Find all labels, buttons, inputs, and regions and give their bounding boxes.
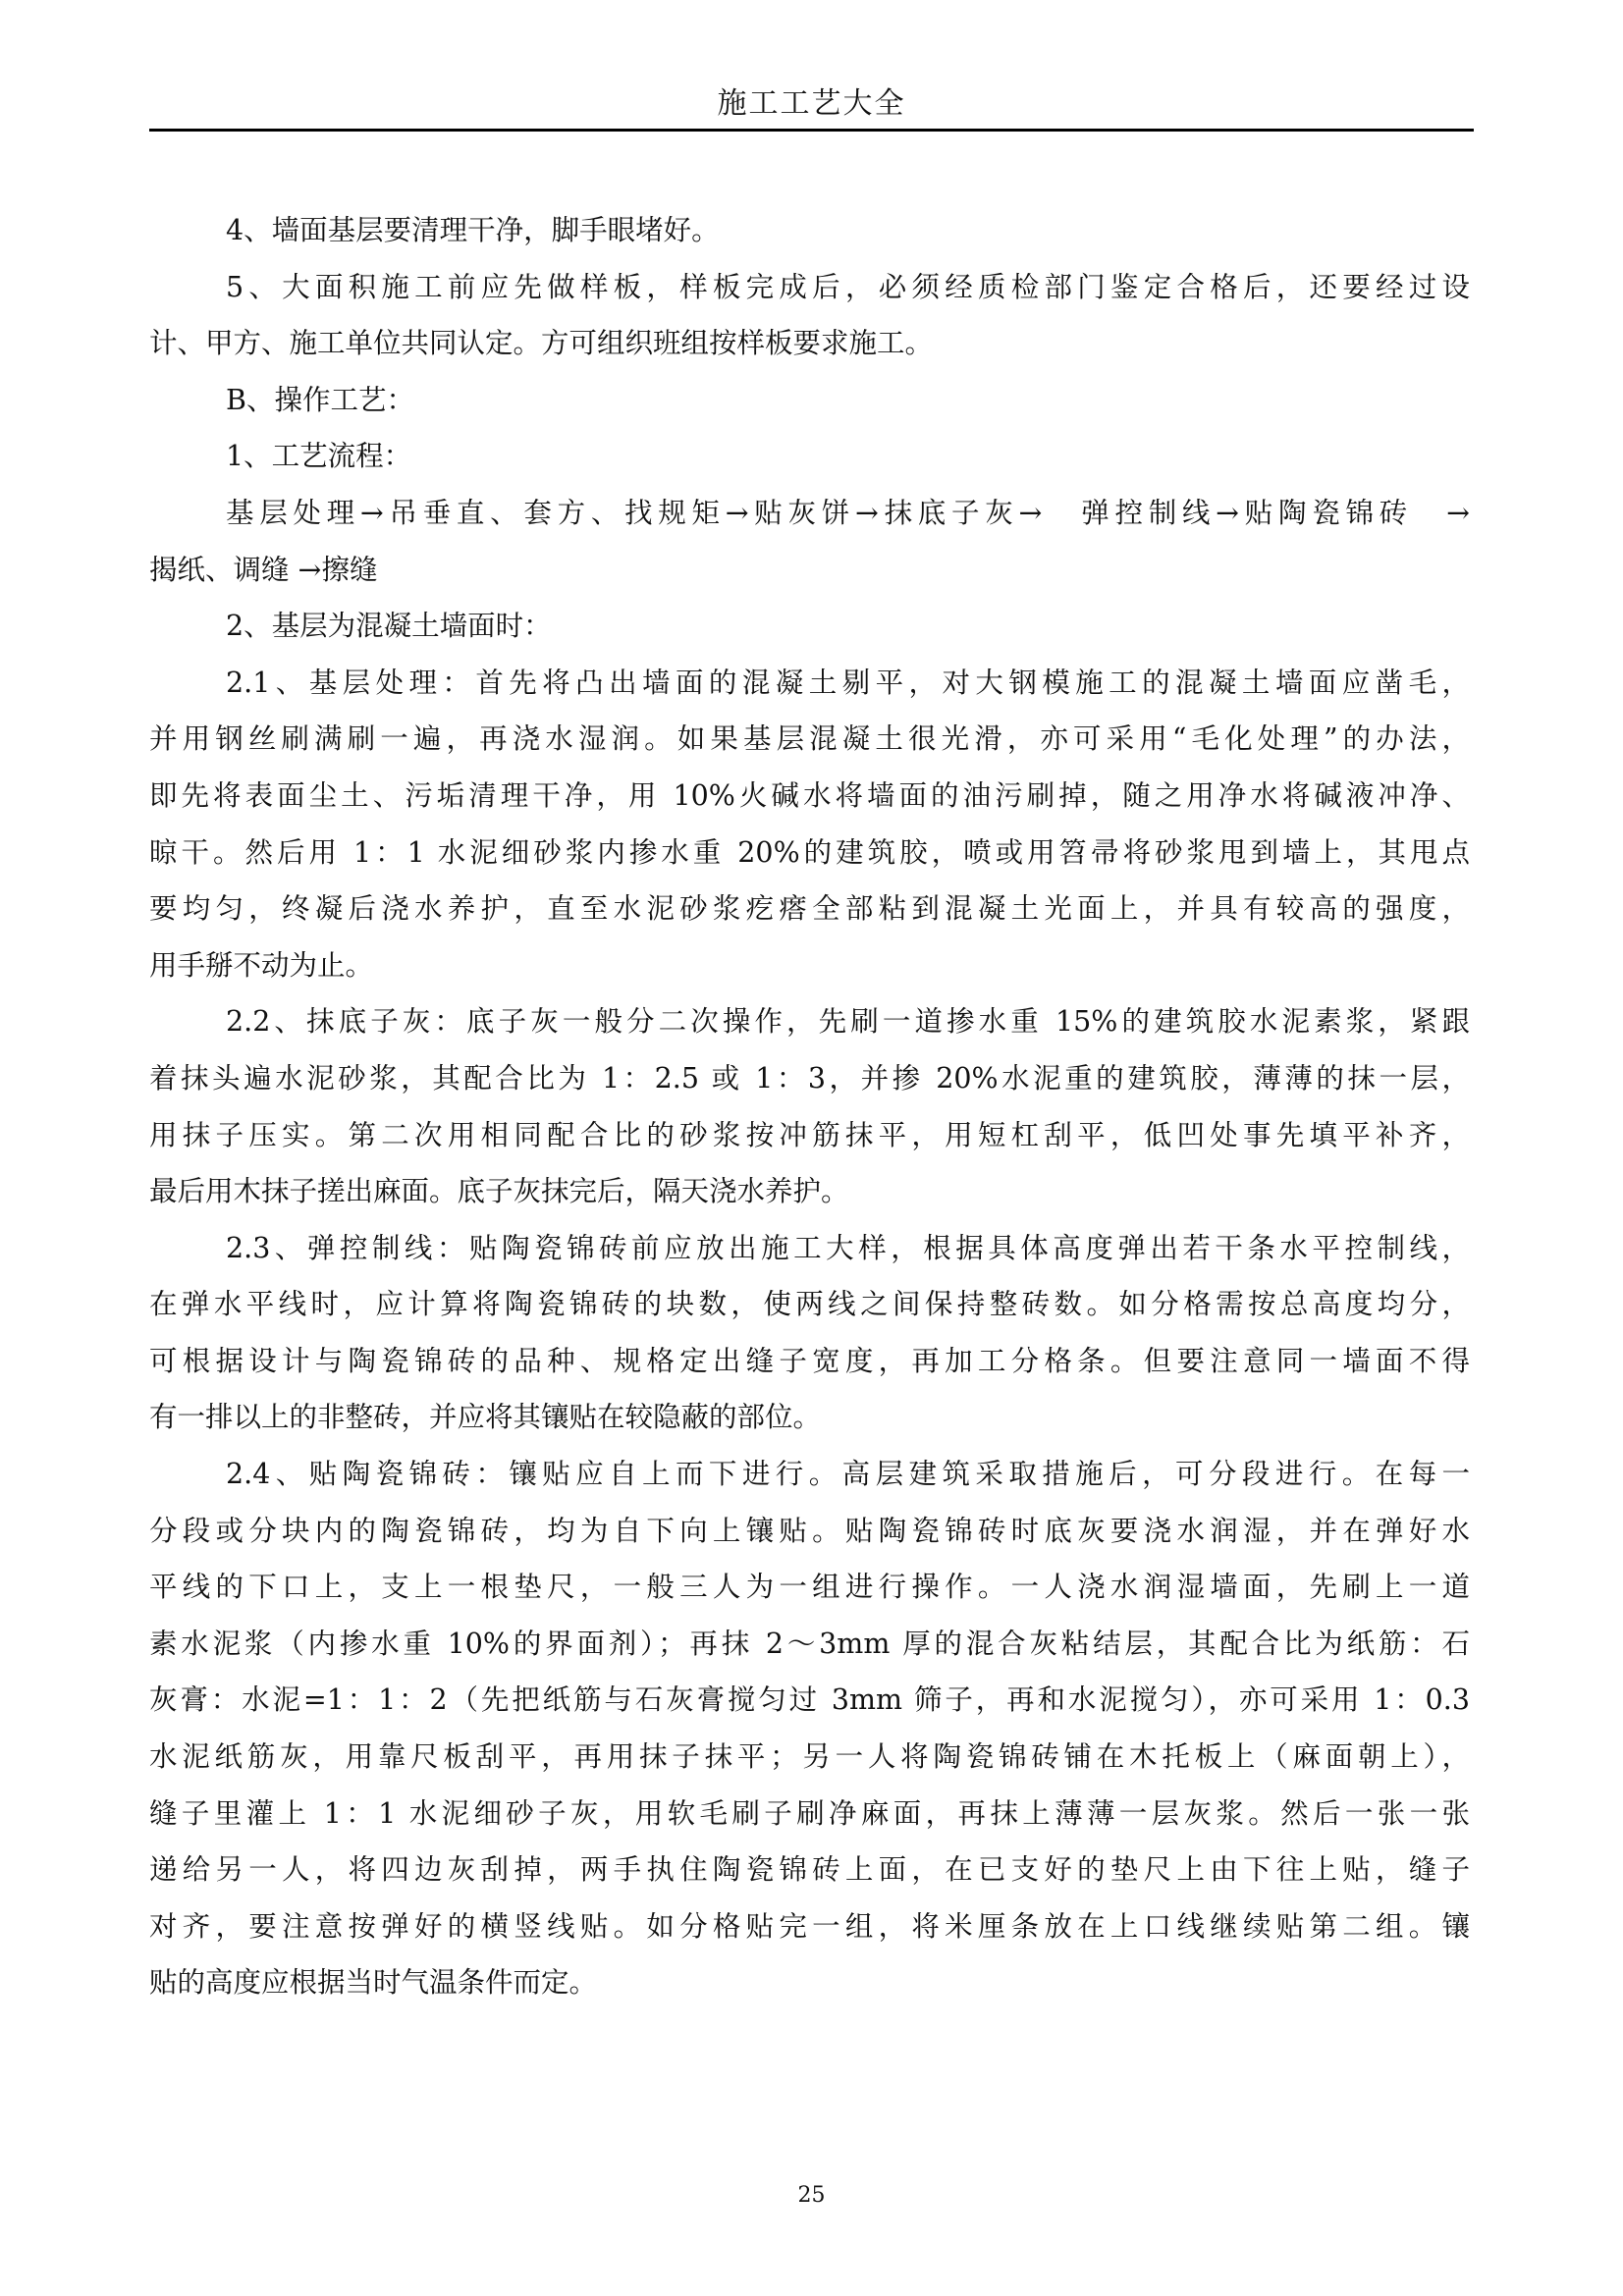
text-line: 要均匀，终凝后浇水养护，直至水泥砂浆疙瘩全部粘到混凝土光面上，并具有较高的强度， (149, 889, 1470, 946)
text-line: 递给另一人，将四边灰刮掉，两手执住陶瓷锦砖上面，在已支好的垫尺上由下往上贴，缝子 (149, 1850, 1470, 1907)
text-line: 5、大面积施工前应先做样板，样板完成后，必须经质检部门鉴定合格后，还要经过设 (149, 268, 1470, 325)
text-line: 基层处理→吊垂直、套方、找规矩→贴灰饼→抹底子灰→ 弹控制线→贴陶瓷锦砖 → (149, 494, 1470, 551)
page-number: 25 (0, 2181, 1623, 2211)
text-line: 并用钢丝刷满刷一遍，再浇水湿润。如果基层混凝土很光滑，亦可采用“毛化处理”的办法… (149, 720, 1470, 776)
text-line: 4、墙面基层要清理干净，脚手眼堵好。 (149, 211, 1470, 268)
text-line: 最后用木抹子搓出麻面。底子灰抹完后，隔天浇水养护。 (149, 1172, 1470, 1229)
running-header-title: 施工工艺大全 (0, 86, 1623, 122)
text-line: 计、甲方、施工单位共同认定。方可组织班组按样板要求施工。 (149, 324, 1470, 381)
text-line: 2.1、基层处理：首先将凸出墙面的混凝土剔平，对大钢模施工的混凝土墙面应凿毛， (149, 664, 1470, 721)
text-line: 贴的高度应根据当时气温条件而定。 (149, 1963, 1470, 2020)
text-line: 平线的下口上，支上一根垫尺，一般三人为一组进行操作。一人浇水润湿墙面，先刷上一道 (149, 1568, 1470, 1625)
text-line: 2.4、贴陶瓷锦砖：镶贴应自上而下进行。高层建筑采取措施后，可分段进行。在每一 (149, 1455, 1470, 1512)
text-line: 有一排以上的非整砖，并应将其镶贴在较隐蔽的部位。 (149, 1398, 1470, 1455)
text-line: 素水泥浆（内掺水重 10%的界面剂）；再抹 2～3mm 厚的混合灰粘结层，其配合… (149, 1625, 1470, 1682)
text-line: 可根据设计与陶瓷锦砖的品种、规格定出缝子宽度，再加工分格条。但要注意同一墙面不得 (149, 1342, 1470, 1399)
text-line: 着抹头遍水泥砂浆，其配合比为 1：2.5 或 1：3，并掺 20%水泥重的建筑胶… (149, 1059, 1470, 1116)
header-divider (149, 129, 1474, 132)
text-line: 揭纸、调缝 →擦缝 (149, 551, 1470, 608)
text-line: 对齐，要注意按弹好的横竖线贴。如分格贴完一组，将米厘条放在上口线继续贴第二组。镶 (149, 1907, 1470, 1964)
text-line: 分段或分块内的陶瓷锦砖，均为自下向上镶贴。贴陶瓷锦砖时底灰要浇水润湿，并在弹好水 (149, 1512, 1470, 1569)
text-line: 2.3、弹控制线：贴陶瓷锦砖前应放出施工大样，根据具体高度弹出若干条水平控制线， (149, 1229, 1470, 1286)
text-line: 晾干。然后用 1：1 水泥细砂浆内掺水重 20%的建筑胶，喷或用笤帚将砂浆甩到墙… (149, 833, 1470, 890)
text-line: 2.2、抹底子灰：底子灰一般分二次操作，先刷一道掺水重 15%的建筑胶水泥素浆，… (149, 1002, 1470, 1059)
text-line: 用手掰不动为止。 (149, 946, 1470, 1003)
page-body: 4、墙面基层要清理干净，脚手眼堵好。5、大面积施工前应先做样板，样板完成后，必须… (149, 211, 1470, 2020)
text-line: B、操作工艺： (149, 381, 1470, 438)
text-line: 灰膏：水泥=1：1：2（先把纸筋与石灰膏搅匀过 3mm 筛子，再和水泥搅匀），亦… (149, 1681, 1470, 1737)
text-line: 用抹子压实。第二次用相同配合比的砂浆按冲筋抹平，用短杠刮平，低凹处事先填平补齐， (149, 1116, 1470, 1173)
text-line: 1、工艺流程： (149, 437, 1470, 494)
text-line: 在弹水平线时，应计算将陶瓷锦砖的块数，使两线之间保持整砖数。如分格需按总高度均分… (149, 1285, 1470, 1342)
text-line: 即先将表面尘土、污垢清理干净，用 10%火碱水将墙面的油污刷掉，随之用净水将碱液… (149, 776, 1470, 833)
text-line: 2、基层为混凝土墙面时： (149, 607, 1470, 664)
text-line: 缝子里灌上 1：1 水泥细砂子灰，用软毛刷子刷净麻面，再抹上薄薄一层灰浆。然后一… (149, 1794, 1470, 1851)
text-line: 水泥纸筋灰，用靠尺板刮平，再用抹子抹平；另一人将陶瓷锦砖铺在木托板上（麻面朝上）… (149, 1737, 1470, 1794)
